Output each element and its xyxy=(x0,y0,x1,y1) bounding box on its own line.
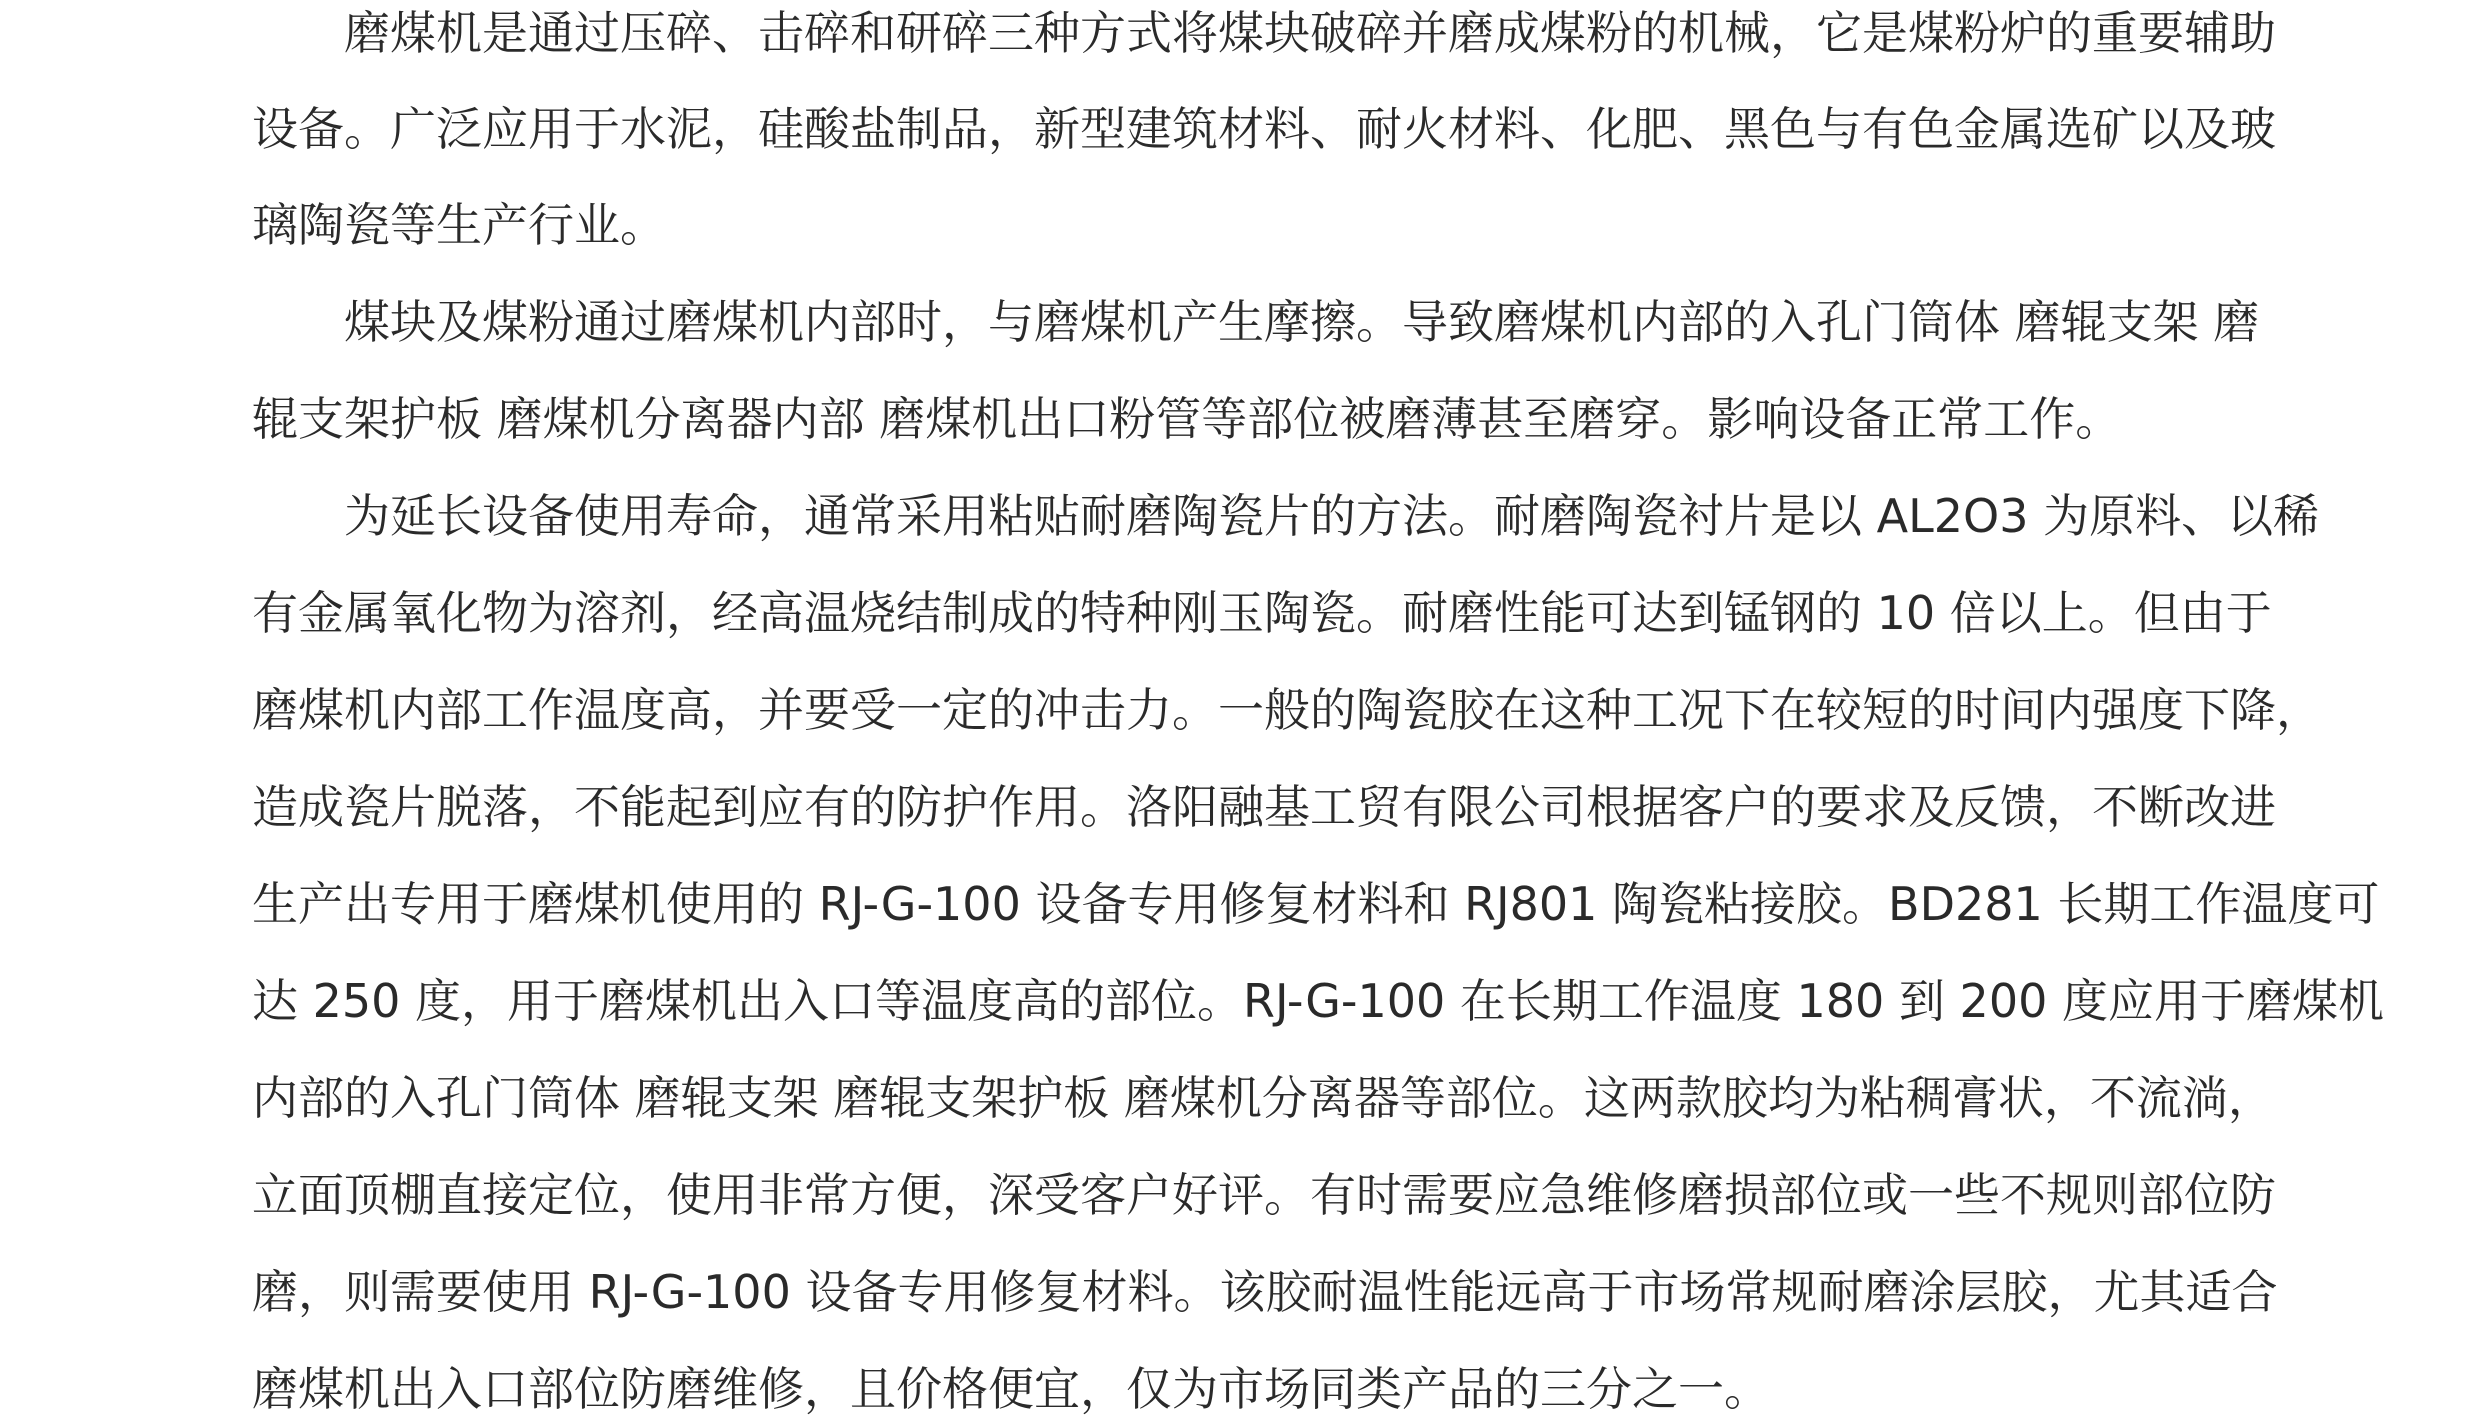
paragraph-3-line-3: 磨煤机内部工作温度高，并要受一定的冲击力。一般的陶瓷胶在这种工况下在较短的时间内… xyxy=(252,680,2224,740)
paragraph-3-line-7: 内部的入孔门筒体 磨辊支架 磨辊支架护板 磨煤机分离器等部位。这两款胶均为粘稠膏… xyxy=(252,1068,2224,1128)
paragraph-3-line-9: 磨，则需要使用 RJ-G-100 设备专用修复材料。该胶耐温性能远高于市场常规耐… xyxy=(252,1262,2224,1322)
paragraph-1-line-3: 璃陶瓷等生产行业。 xyxy=(252,195,666,255)
paragraph-2-line-1: 煤块及煤粉通过磨煤机内部时，与磨煤机产生摩擦。导致磨煤机内部的入孔门筒体 磨辊支… xyxy=(344,292,2224,352)
paragraph-3-line-10: 磨煤机出入口部位防磨维修，且价格便宜，仅为市场同类产品的三分之一。 xyxy=(252,1359,1770,1419)
paragraph-3-line-5: 生产出专用于磨煤机使用的 RJ-G-100 设备专用修复材料和 RJ801 陶瓷… xyxy=(252,874,2224,934)
paragraph-3-line-1: 为延长设备使用寿命，通常采用粘贴耐磨陶瓷片的方法。耐磨陶瓷衬片是以 AL2O3 … xyxy=(344,486,2224,546)
paragraph-3-line-2: 有金属氧化物为溶剂，经高温烧结制成的特种刚玉陶瓷。耐磨性能可达到锰钢的 10 倍… xyxy=(252,583,2224,643)
paragraph-1-line-1: 磨煤机是通过压碎、击碎和研碎三种方式将煤块破碎并磨成煤粉的机械，它是煤粉炉的重要… xyxy=(344,3,2224,63)
paragraph-3-line-4: 造成瓷片脱落，不能起到应有的防护作用。洛阳融基工贸有限公司根据客户的要求及反馈，… xyxy=(252,777,2224,837)
paragraph-3-line-8: 立面顶棚直接定位，使用非常方便，深受客户好评。有时需要应急维修磨损部位或一些不规… xyxy=(252,1165,2224,1225)
paragraph-3-line-6: 达 250 度，用于磨煤机出入口等温度高的部位。RJ-G-100 在长期工作温度… xyxy=(252,971,2224,1031)
paragraph-2-line-2: 辊支架护板 磨煤机分离器内部 磨煤机出口粉管等部位被磨薄甚至磨穿。影响设备正常工… xyxy=(252,389,2121,449)
paragraph-1-line-2: 设备。广泛应用于水泥，硅酸盐制品，新型建筑材料、耐火材料、化肥、黑色与有色金属选… xyxy=(252,99,2224,159)
